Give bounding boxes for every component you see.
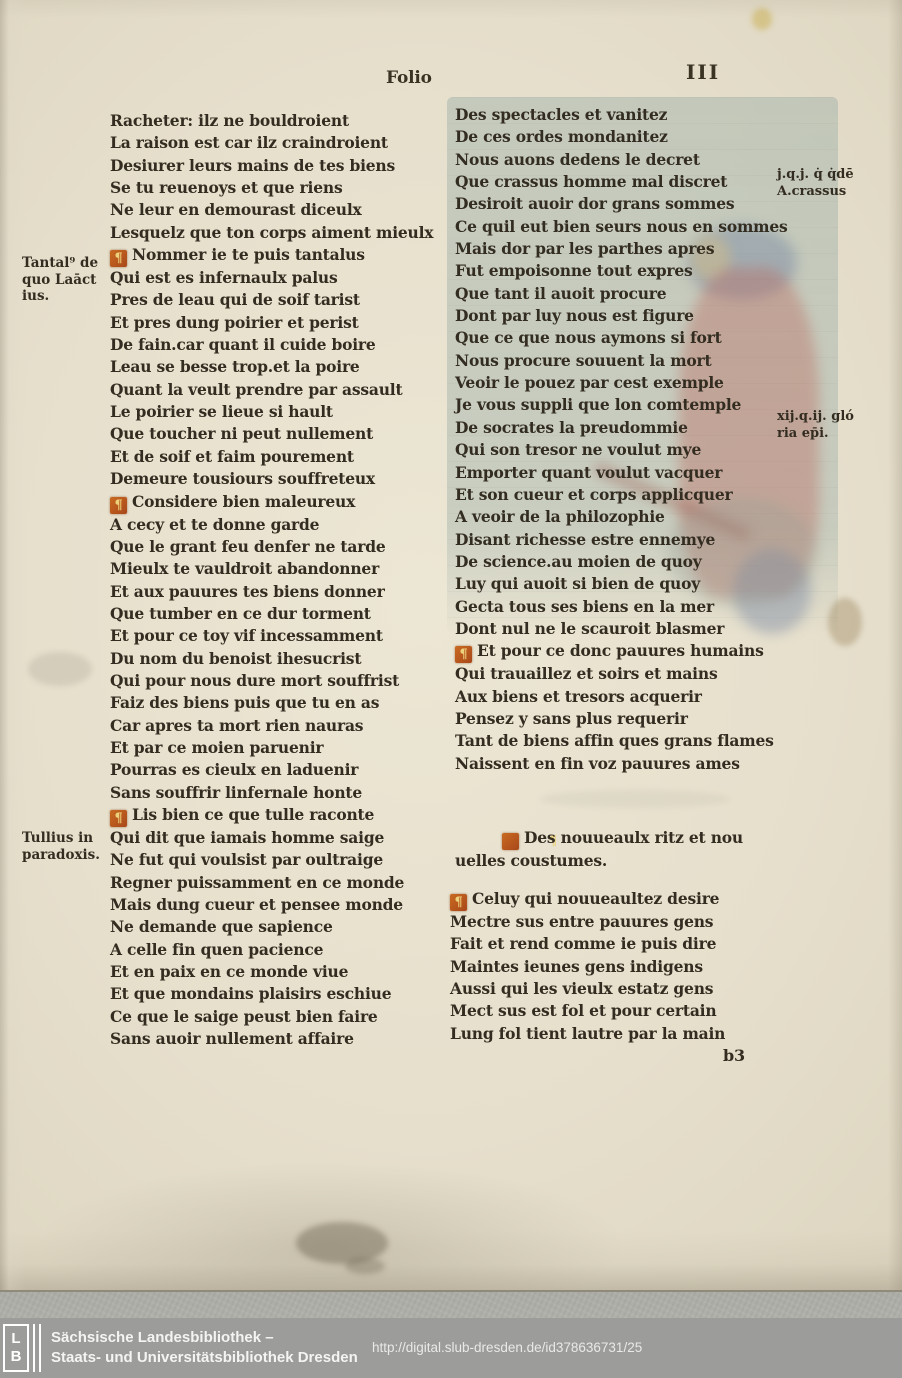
ink-stain <box>296 1222 388 1264</box>
pilcrow-initial-icon: ¶ <box>110 497 127 514</box>
verse-line: De fain.car quant il cuide boire <box>110 334 460 356</box>
verse-line: Que crassus homme mal discret <box>455 171 800 193</box>
verse-line: Desiurer leurs mains de tes biens <box>110 155 460 177</box>
verse-line: Se tu reuenoys et que riens <box>110 177 460 199</box>
verse-line: Que tumber en ce dur torment <box>110 603 460 625</box>
verse-line: Et pres dung poirier et perist <box>110 312 460 334</box>
margin-note-line: xij.q.ij. gló <box>777 409 854 426</box>
pilcrow-initial-icon: ¶ <box>110 250 127 267</box>
verse-line: Car apres ta mort rien nauras <box>110 715 460 737</box>
showthrough-smudge <box>540 790 730 808</box>
verse-line: Maintes ieunes gens indigens <box>450 956 780 978</box>
manuscript-page: Folio III Racheter: ilz ne bouldroientLa… <box>0 0 902 1292</box>
verse-line: Lesquelz que ton corps aiment mieulx <box>110 222 460 244</box>
slub-logo-letter-b: B <box>11 1348 22 1366</box>
left-text-column: Racheter: ilz ne bouldroientLa raison es… <box>110 110 460 1050</box>
library-name: Sächsische Landesbibliothek – Staats- un… <box>51 1328 358 1368</box>
verse-line: Emporter quant voulut vacquer <box>455 462 800 484</box>
verse-line: Faiz des biens puis que tu en as <box>110 692 460 714</box>
margin-note-line: quo Laāct <box>22 272 98 289</box>
verse-line: Ne fut qui voulsist par oultraige <box>110 849 460 871</box>
verse-line: Ce que le saige peust bien faire <box>110 1006 460 1028</box>
verse-line: Naissent en fin voz pauures ames <box>455 753 800 775</box>
verse-line: Mect sus est fol et pour certain <box>450 1000 780 1022</box>
slub-logo-letter-l: L <box>11 1330 20 1348</box>
margin-note-line: A.crassus <box>777 184 854 201</box>
verse-line: Pourras es cieulx en laduenir <box>110 759 460 781</box>
verse-line: Le poirier se lieue si hault <box>110 401 460 423</box>
verse-line: Des spectacles et vanitez <box>455 104 800 126</box>
verse-line: Desiroit auoir dor grans sommes <box>455 193 800 215</box>
verse-line: uelles coustumes. <box>455 850 785 872</box>
verse-line: Que toucher ni peut nullement <box>110 423 460 445</box>
digitized-book-scan: Folio III Racheter: ilz ne bouldroientLa… <box>0 0 902 1378</box>
verse-line: Lung fol tient lautre par la main <box>450 1023 780 1045</box>
verse-line: Dont nul ne le scauroit blasmer <box>455 618 800 640</box>
verse-line: Qui son tresor ne voulut mye <box>455 439 800 461</box>
verse-line: Et pour ce toy vif incessamment <box>110 625 460 647</box>
verse-line: ¶Et pour ce donc pauures humains <box>455 640 800 663</box>
verse-line: Que tant il auoit procure <box>455 283 800 305</box>
pilcrow-initial-icon: ¶ <box>455 646 472 663</box>
verse-line: Ne demande que sapience <box>110 916 460 938</box>
verse-line: Qui trauaillez et soirs et mains <box>455 663 800 685</box>
section-heading: ¶Des nouueaulx ritz et nouuelles coustum… <box>455 827 785 872</box>
verse-line: A celle fin quen pacience <box>110 939 460 961</box>
verse-line: Et de soif et faim pourement <box>110 446 460 468</box>
ink-stain <box>345 1258 385 1274</box>
verse-line: Mais dor par les parthes apres <box>455 238 800 260</box>
verse-line: Veoir le pouez par cest exemple <box>455 372 800 394</box>
verse-line: Leau se besse trop.et la poire <box>110 356 460 378</box>
verse-line: Sans souffrir linfernale honte <box>110 782 460 804</box>
right-text-column: Des spectacles et vanitezDe ces ordes mo… <box>455 104 800 775</box>
verse-line: A veoir de la philozophie <box>455 506 800 528</box>
verse-line: Qui pour nous dure mort souffrist <box>110 670 460 692</box>
margin-note-gloria: xij.q.ij. gló ria ep̄i. <box>777 409 854 442</box>
verse-line: ¶Considere bien maleureux <box>110 491 460 514</box>
verse-line: Nous procure souuent la mort <box>455 350 800 372</box>
verse-line: Luy qui auoit si bien de quoy <box>455 573 800 595</box>
verse-line: Qui dit que iamais homme saige <box>110 827 460 849</box>
verse-line: Ne leur en demourast diceulx <box>110 199 460 221</box>
margin-note-line: paradoxis. <box>22 847 100 864</box>
verse-line: Racheter: ilz ne bouldroient <box>110 110 460 132</box>
verse-line: Ce quil eut bien seurs nous en sommes <box>455 216 800 238</box>
verse-line: Demeure tousiours souffreteux <box>110 468 460 490</box>
verse-line: Que ce que nous aymons si fort <box>455 327 800 349</box>
verse-line: ¶Des nouueaulx ritz et nou <box>455 827 785 850</box>
folio-label: Folio <box>386 68 432 88</box>
verse-line: Mectre sus entre pauures gens <box>450 911 780 933</box>
margin-note-tantalus: Tantal⁹ de quo Laāct ius. <box>22 255 98 305</box>
verse-line: Et aux pauures tes biens donner <box>110 581 460 603</box>
margin-note-tullius: Tullius in paradoxis. <box>22 830 100 863</box>
right-column-stanza: ¶Celuy qui nouueaultez desireMectre sus … <box>450 888 780 1045</box>
verse-line: Pensez y sans plus requerir <box>455 708 800 730</box>
margin-note-line: Tullius in <box>22 830 100 847</box>
verse-line: Disant richesse estre ennemye <box>455 529 800 551</box>
verse-line: Pres de leau qui de soif tarist <box>110 289 460 311</box>
folio-number: III <box>686 60 720 84</box>
verse-line: Et que mondains plaisirs eschiue <box>110 983 460 1005</box>
library-name-line1: Sächsische Landesbibliothek – <box>51 1328 358 1348</box>
verse-line: Que le grant feu denfer ne tarde <box>110 536 460 558</box>
margin-note-line: ria ep̄i. <box>777 426 854 443</box>
verse-line: Et en paix en ce monde viue <box>110 961 460 983</box>
verse-line: Sans auoir nullement affaire <box>110 1028 460 1050</box>
margin-note-line: Tantal⁹ de <box>22 255 98 272</box>
library-name-line2: Staats- und Universitätsbibliothek Dresd… <box>51 1348 358 1368</box>
verse-line: Gecta tous ses biens en la mer <box>455 596 800 618</box>
document-url: http://digital.slub-dresden.de/id3786367… <box>372 1340 642 1355</box>
verse-line: Fait et rend comme ie puis dire <box>450 933 780 955</box>
verse-line: ¶Lis bien ce que tulle raconte <box>110 804 460 827</box>
verse-line: De science.au moien de quoy <box>455 551 800 573</box>
verse-line: Fut empoisonne tout expres <box>455 260 800 282</box>
margin-note-line: ius. <box>22 288 98 305</box>
verse-line: Mais dung cueur et pensee monde <box>110 894 460 916</box>
pilcrow-initial-icon: ¶ <box>110 810 127 827</box>
verse-line: ¶Celuy qui nouueaultez desire <box>450 888 780 911</box>
slub-logo-icon: L B <box>3 1324 41 1372</box>
slub-logo-bars <box>33 1324 41 1372</box>
verse-line: Du nom du benoist ihesucrist <box>110 648 460 670</box>
verse-line: Tant de biens affin ques grans flames <box>455 730 800 752</box>
verse-line: Dont par luy nous est figure <box>455 305 800 327</box>
verse-line: Qui est es infernaulx palus <box>110 267 460 289</box>
verse-line: Aussi qui les vieulx estatz gens <box>450 978 780 1000</box>
signature-mark: b3 <box>723 1046 745 1065</box>
verse-line: Nous auons dedens le decret <box>455 149 800 171</box>
corner-stain <box>752 8 772 30</box>
verse-line: De socrates la preudommie <box>455 417 800 439</box>
verse-line: Mieulx te vauldroit abandonner <box>110 558 460 580</box>
margin-note-crassus: j.q.j. q̇ q̇dē A.crassus <box>777 167 854 200</box>
verse-line: A cecy et te donne garde <box>110 514 460 536</box>
pilcrow-initial-icon: ¶ <box>450 894 467 911</box>
verse-line: Quant la veult prendre par assault <box>110 379 460 401</box>
pilcrow-initial-icon: ¶ <box>502 833 519 850</box>
verse-line: ¶Nommer ie te puis tantalus <box>110 244 460 267</box>
edge-stain <box>828 598 862 646</box>
verse-line: Et par ce moien paruenir <box>110 737 460 759</box>
library-footer-bar: L B Sächsische Landesbibliothek – Staats… <box>0 1318 902 1378</box>
margin-note-line: j.q.j. q̇ q̇dē <box>777 167 854 184</box>
showthrough-smudge <box>28 652 92 686</box>
verse-line: De ces ordes mondanitez <box>455 126 800 148</box>
verse-line: Regner puissamment en ce monde <box>110 872 460 894</box>
verse-line: Aux biens et tresors acquerir <box>455 686 800 708</box>
verse-line: Et son cueur et corps applicquer <box>455 484 800 506</box>
slub-logo-box: L B <box>3 1324 29 1372</box>
verse-line: La raison est car ilz craindroient <box>110 132 460 154</box>
verse-line: Je vous suppli que lon comtemple <box>455 394 800 416</box>
